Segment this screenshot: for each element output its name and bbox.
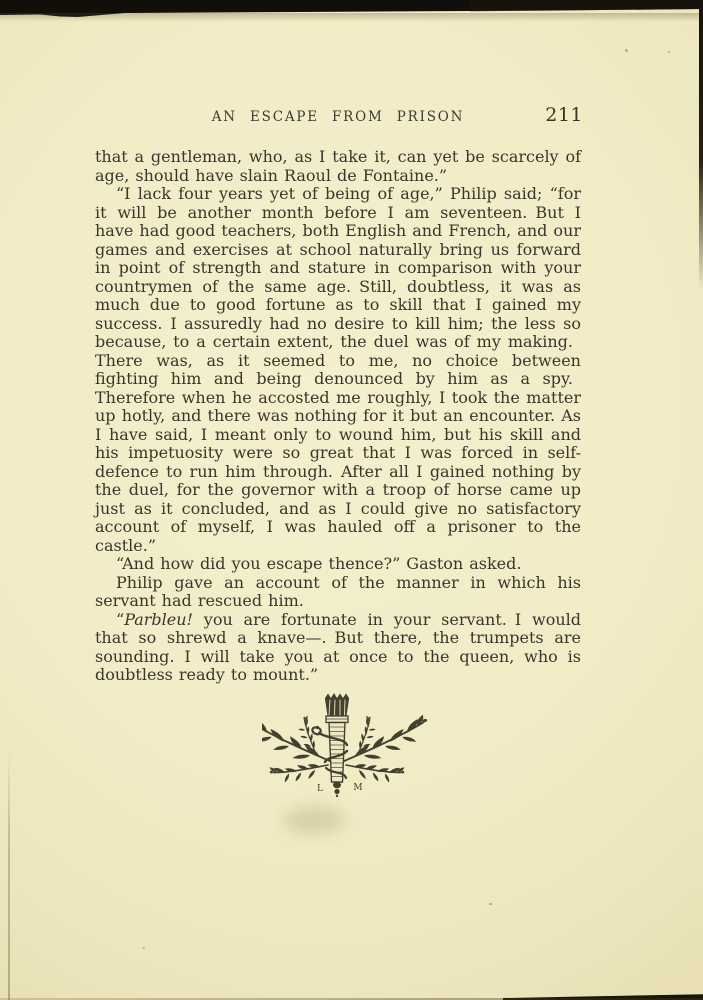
paper-speck	[489, 903, 492, 905]
text-segment: “	[116, 610, 124, 629]
paper-speck	[142, 947, 145, 949]
chapter-title: AN ESCAPE FROM PRISON	[95, 104, 581, 125]
paper-speck	[625, 49, 628, 52]
page-number: 211	[545, 104, 583, 126]
paper-stain	[283, 806, 345, 834]
text-segment: Philip gave an account of the manner in …	[95, 573, 581, 611]
book-page-scan: AN ESCAPE FROM PRISON 211 that a gentlem…	[0, 0, 703, 1000]
text-segment: “And how did you escape thence?” Gaston …	[116, 554, 521, 573]
paper-speck	[668, 51, 670, 53]
paragraph: “And how did you escape thence?” Gaston …	[95, 555, 581, 574]
paragraph: “I lack four years yet of being of age,”…	[95, 185, 581, 555]
paragraph: Philip gave an account of the manner in …	[95, 574, 581, 611]
text-segment: that a gentleman, who, as I take it, can…	[95, 147, 581, 185]
scan-edge-right	[699, 0, 703, 290]
ornament-torch-laurel: L M	[262, 690, 438, 802]
ornament-monogram-left: L	[317, 784, 323, 794]
page-crease	[8, 750, 10, 1000]
paragraph: “Parbleu! you are fortunate in your serv…	[95, 611, 581, 685]
running-header: AN ESCAPE FROM PRISON 211	[95, 104, 581, 128]
text-segment: “I lack four years yet of being of age,”…	[95, 184, 581, 555]
paragraph: that a gentleman, who, as I take it, can…	[95, 148, 581, 185]
scan-edge-top-shadow	[0, 13, 703, 22]
page-content: AN ESCAPE FROM PRISON 211 that a gentlem…	[95, 104, 581, 685]
ornament-monogram-right: M	[353, 783, 362, 793]
body-text: that a gentleman, who, as I take it, can…	[95, 148, 581, 685]
italic-phrase: Parbleu!	[124, 610, 193, 629]
